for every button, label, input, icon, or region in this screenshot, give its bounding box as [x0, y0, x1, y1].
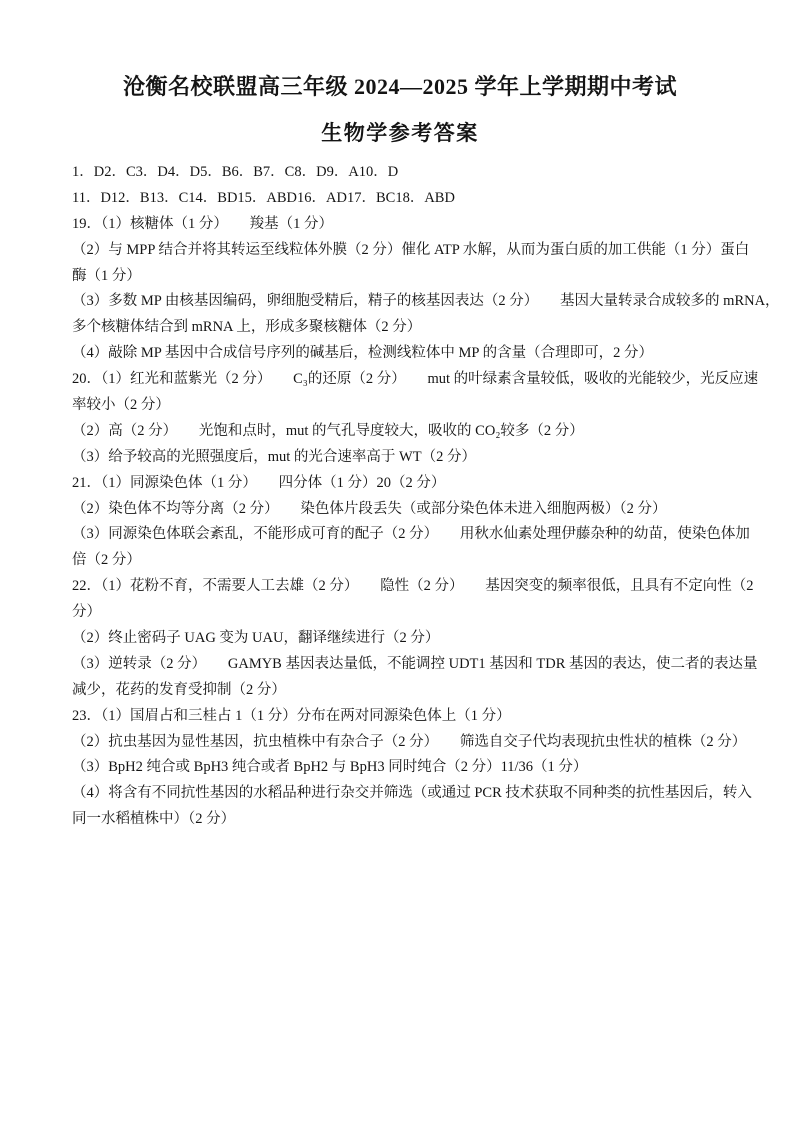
answer-line: 21．（1）同源染色体（1 分） 四分体（1 分）20（2 分） [72, 471, 760, 497]
exam-answer-page: 沧衡名校联盟高三年级 2024—2025 学年上学期期中考试 生物学参考答案 1… [0, 0, 800, 1132]
answer-line: 酶（1 分） [72, 264, 760, 290]
answer-line: 多个核糖体结合到 mRNA 上，形成多聚核糖体（2 分） [72, 315, 760, 341]
answer-line: （4）将含有不同抗性基因的水稻品种进行杂交并筛选（或通过 PCR 技术获取不同种… [72, 781, 760, 807]
answer-line: 1．D2．C3．D4．D5．B6．B7．C8．D9．A10．D [72, 160, 760, 186]
answer-line: （2）抗虫基因为显性基因，抗虫植株中有杂合子（2 分） 筛选自交子代均表现抗虫性… [72, 730, 760, 756]
answer-line: （3）BpH2 纯合或 BpH3 纯合或者 BpH2 与 BpH3 同时纯合（2… [72, 755, 760, 781]
answer-lines: 1．D2．C3．D4．D5．B6．B7．C8．D9．A10．D11．D12．B1… [72, 160, 760, 833]
answer-line: 减少，花药的发育受抑制（2 分） [72, 678, 760, 704]
answer-line: 同一水稻植株中）（2 分） [72, 807, 760, 833]
answer-line: （2）与 MPP 结合并将其转运至线粒体外膜（2 分）催化 ATP 水解，从而为… [72, 238, 760, 264]
answer-line: （2）染色体不均等分离（2 分） 染色体片段丢失（或部分染色体未进入细胞两极）（… [72, 497, 760, 523]
answer-line: 率较小（2 分） [72, 393, 760, 419]
answer-line: 11．D12．B13．C14．BD15．ABD16．AD17．BC18．ABD [72, 186, 760, 212]
answer-line: 22．（1）花粉不育，不需要人工去雄（2 分） 隐性（2 分） 基因突变的频率很… [72, 574, 760, 600]
answer-line: （2）高（2 分） 光饱和点时，mut 的气孔导度较大，吸收的 CO₂较多（2 … [72, 419, 760, 445]
answer-line: （2）终止密码子 UAG 变为 UAU，翻译继续进行（2 分） [72, 626, 760, 652]
answer-line: （3）给予较高的光照强度后，mut 的光合速率高于 WT（2 分） [72, 445, 760, 471]
document-title: 沧衡名校联盟高三年级 2024—2025 学年上学期期中考试 [0, 0, 800, 101]
answer-line: （4）敲除 MP 基因中合成信号序列的碱基后，检测线粒体中 MP 的含量（合理即… [72, 341, 760, 367]
answer-line: 19．（1）核糖体（1 分） 羧基（1 分） [72, 212, 760, 238]
answer-line: （3）多数 MP 由核基因编码，卵细胞受精后，精子的核基因表达（2 分） 基因大… [72, 289, 760, 315]
answer-line: 20．（1）红光和蓝紫光（2 分） C₃的还原（2 分） mut 的叶绿素含量较… [72, 367, 760, 393]
answer-line: （3）逆转录（2 分） GAMYB 基因表达量低，不能调控 UDT1 基因和 T… [72, 652, 760, 678]
answer-line: （3）同源染色体联会紊乱，不能形成可育的配子（2 分） 用秋水仙素处理伊藤杂种的… [72, 522, 760, 548]
document-subtitle: 生物学参考答案 [0, 117, 800, 147]
answer-line: 倍（2 分） [72, 548, 760, 574]
answer-line: 23．（1）国眉占和三桂占 1（1 分）分布在两对同源染色体上（1 分） [72, 704, 760, 730]
answer-line: 分） [72, 600, 760, 626]
